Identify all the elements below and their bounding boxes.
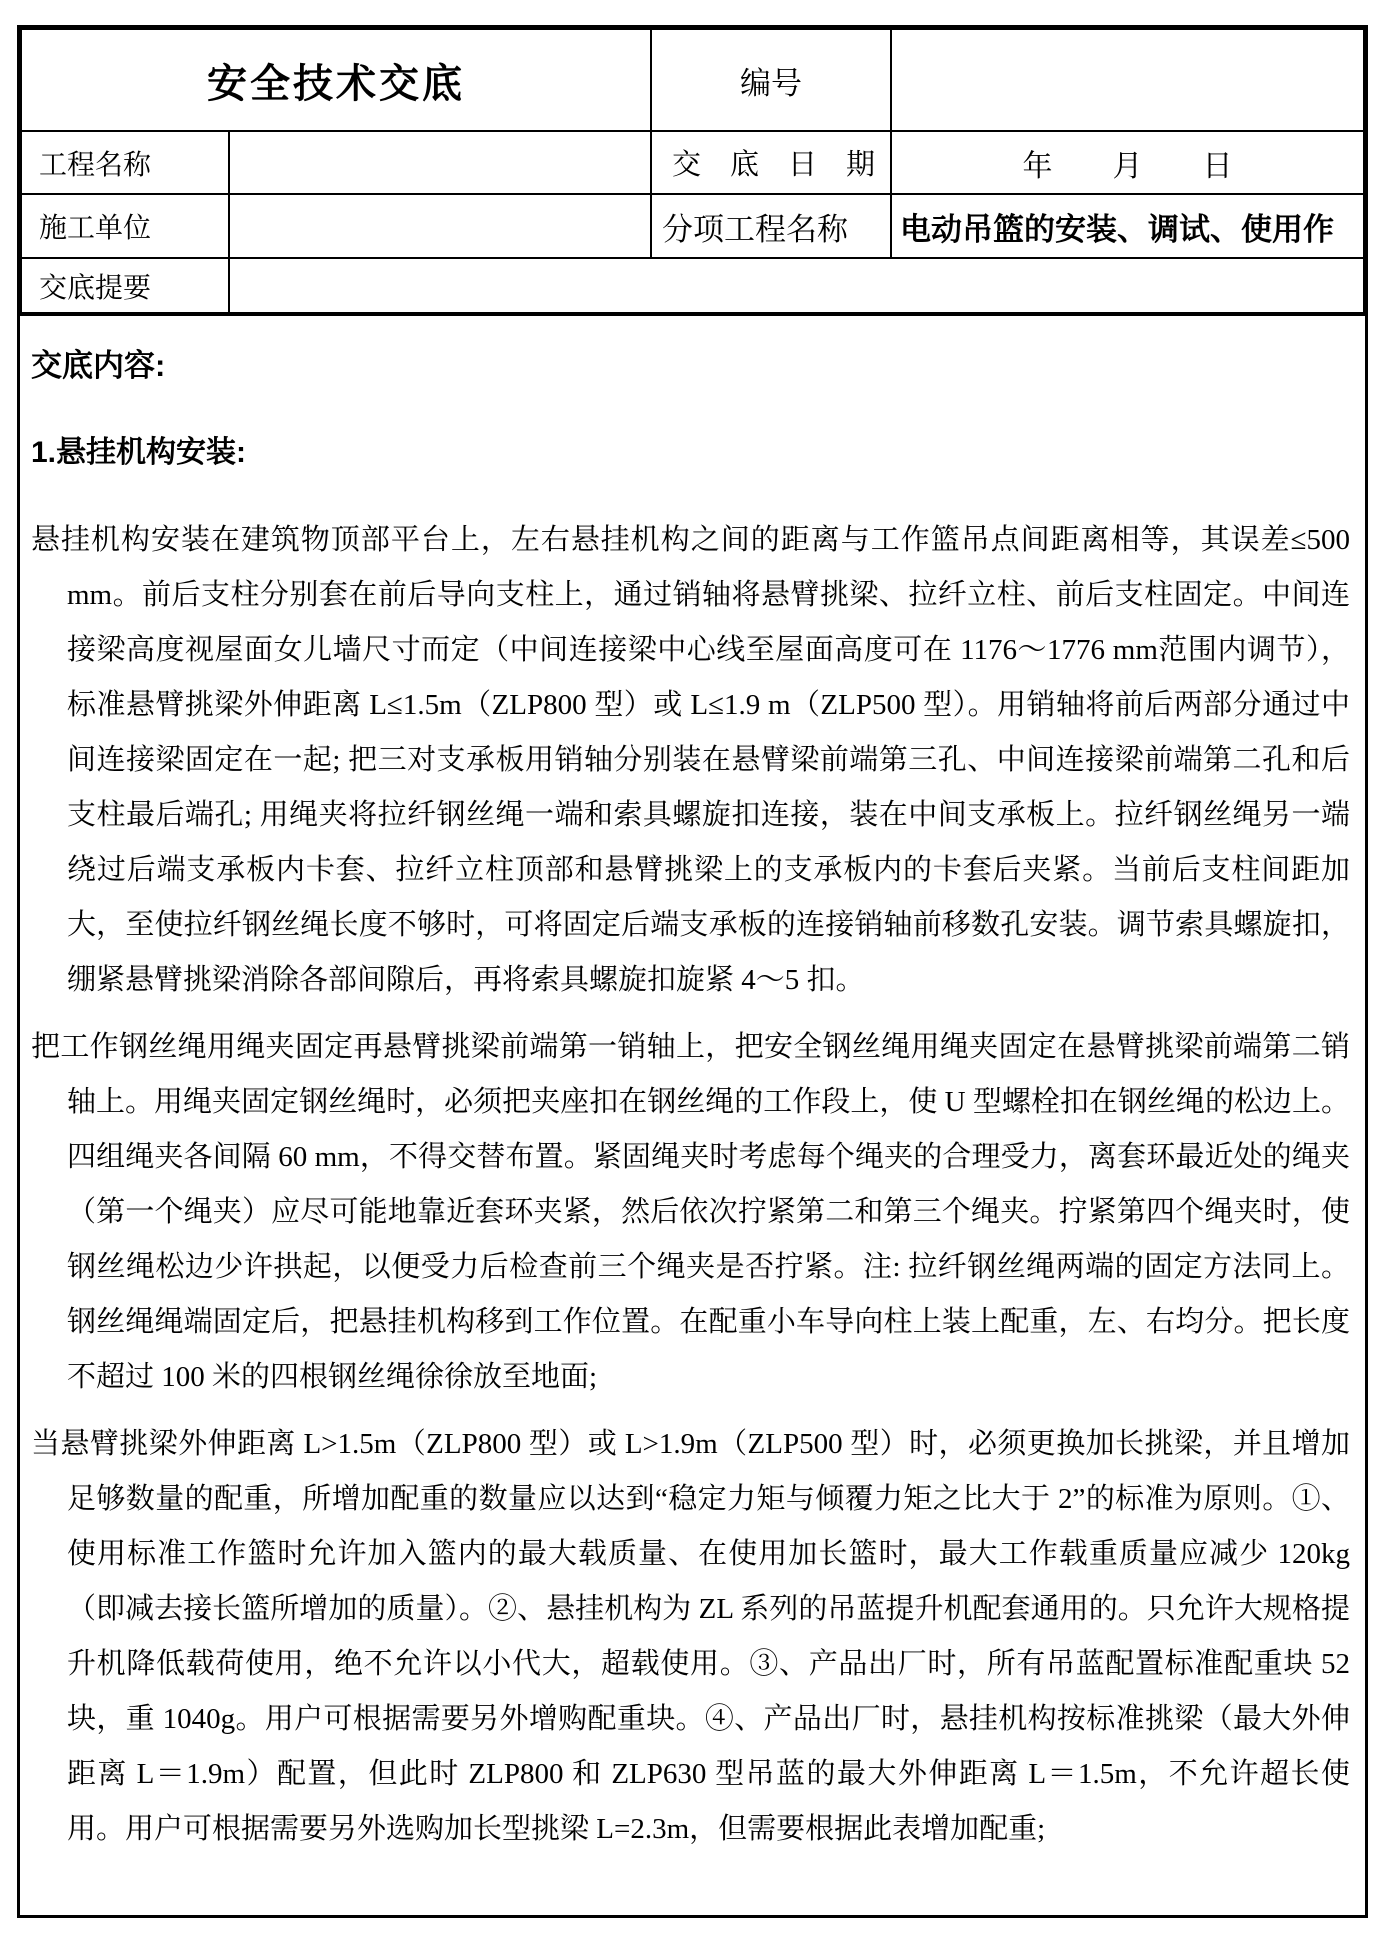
unit-row: 施工单位 分项工程名称 电动吊篮的安装、调试、使用作 xyxy=(21,194,1364,258)
summary-row: 交底提要 xyxy=(21,258,1364,313)
project-name-label: 工程名称 xyxy=(21,131,229,194)
form-title: 安全技术交底 xyxy=(21,29,651,131)
unit-label: 施工单位 xyxy=(21,194,229,258)
paragraph-2: 把工作钢丝绳用绳夹固定再悬臂挑梁前端第一销轴上，把安全钢丝绳用绳夹固定在悬臂挑梁… xyxy=(31,1020,1350,1405)
paragraph-1: 悬挂机构安装在建筑物顶部平台上，左右悬挂机构之间的距离与工作篮吊点间距离相等，其… xyxy=(31,513,1350,1008)
subproject-label: 分项工程名称 xyxy=(651,194,891,258)
number-label: 编号 xyxy=(651,29,891,131)
project-row: 工程名称 交 底 日 期 年 月 日 xyxy=(21,131,1364,194)
paragraph-3: 当悬臂挑梁外伸距离 L>1.5m（ZLP800 型）或 L>1.9m（ZLP50… xyxy=(31,1417,1350,1857)
unit-value-cell xyxy=(229,194,651,258)
summary-value-cell xyxy=(229,258,1364,313)
date-value-cell: 年 月 日 xyxy=(891,131,1364,194)
document-frame: 安全技术交底 编号 工程名称 交 底 日 期 年 月 日 施工单位 分项工程名称… xyxy=(17,25,1368,1918)
date-label: 交 底 日 期 xyxy=(651,131,891,194)
content-heading: 交底内容: xyxy=(31,338,1350,393)
content-area: 交底内容: 1.悬挂机构安装: 悬挂机构安装在建筑物顶部平台上，左右悬挂机构之间… xyxy=(20,314,1365,1915)
subproject-value: 电动吊篮的安装、调试、使用作 xyxy=(891,194,1364,258)
section1-title: 1.悬挂机构安装: xyxy=(31,425,1350,480)
number-value-cell xyxy=(891,29,1364,131)
summary-label: 交底提要 xyxy=(21,258,229,313)
header-table: 安全技术交底 编号 工程名称 交 底 日 期 年 月 日 施工单位 分项工程名称… xyxy=(20,28,1365,314)
title-row: 安全技术交底 编号 xyxy=(21,29,1364,131)
project-name-value-cell xyxy=(229,131,651,194)
document-page: 安全技术交底 编号 工程名称 交 底 日 期 年 月 日 施工单位 分项工程名称… xyxy=(0,0,1385,1941)
